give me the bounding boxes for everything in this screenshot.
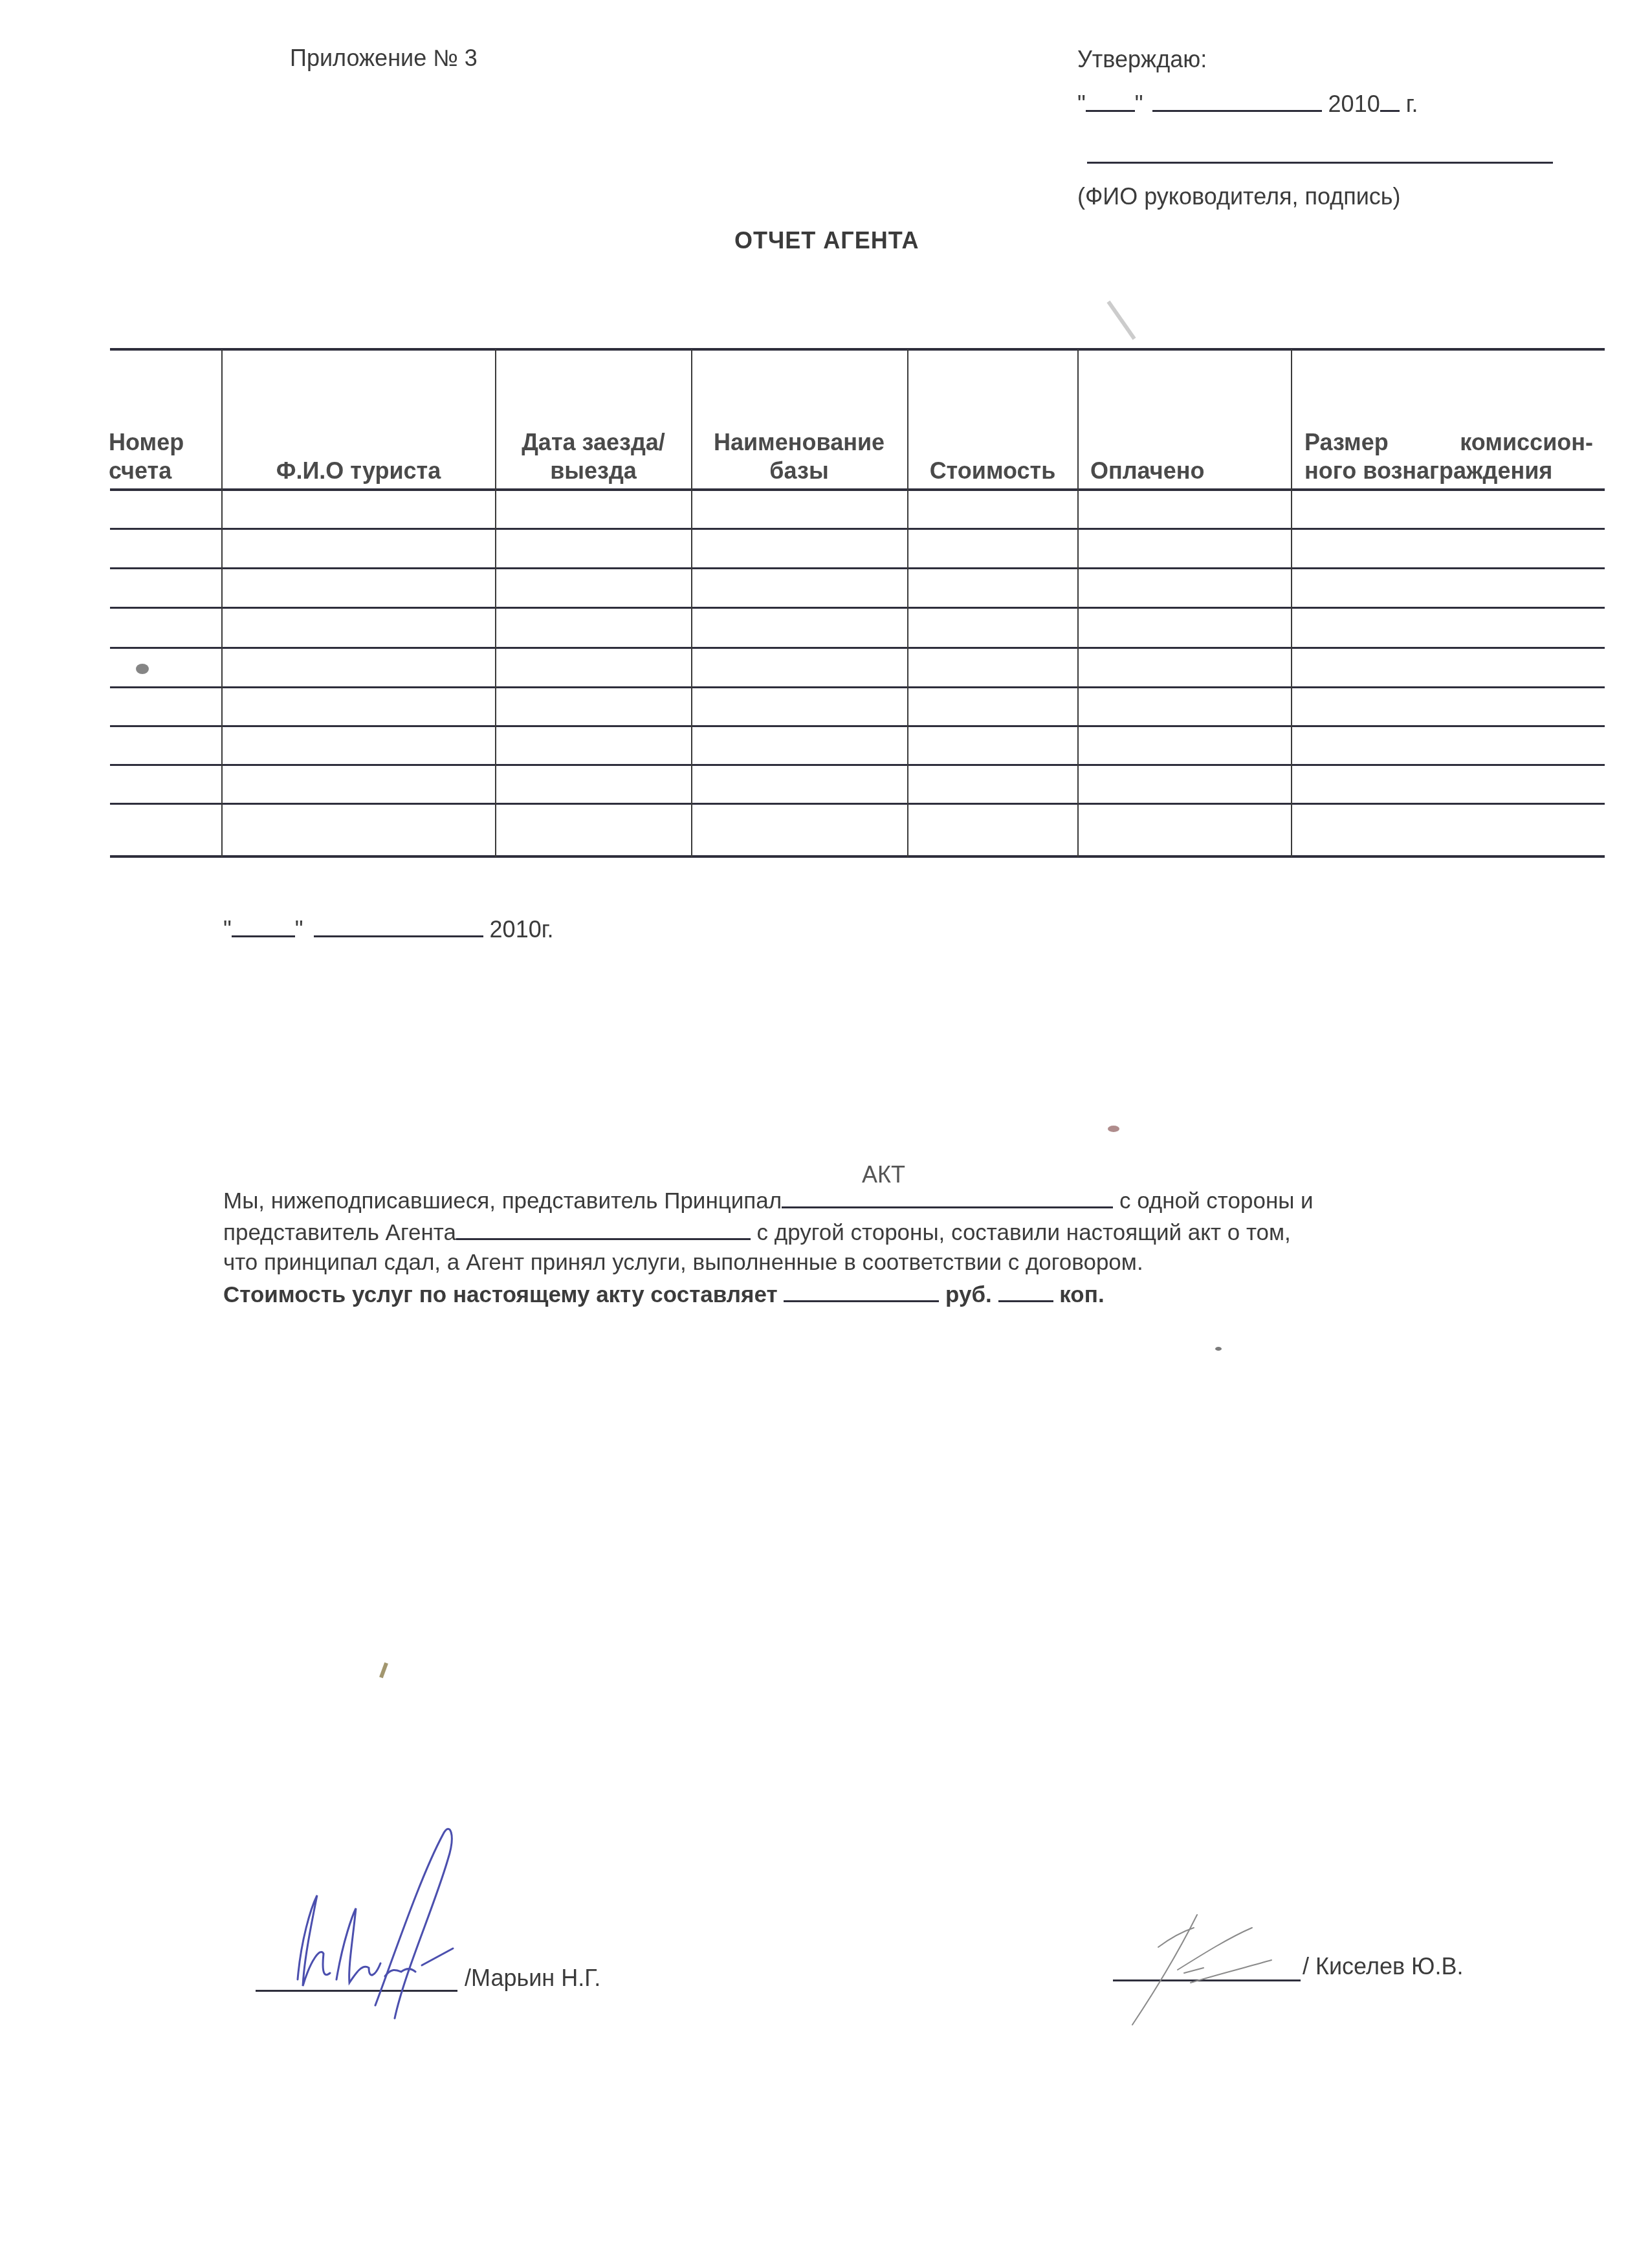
act-line-1: Мы, нижеподписавшиеся, представитель При… bbox=[223, 1187, 1314, 1214]
right-signer-name: / Киселев Ю.В. bbox=[1303, 1954, 1463, 1979]
approve-date-line: "" 2010 г. bbox=[1077, 91, 1418, 117]
year-suffix-field[interactable] bbox=[1380, 91, 1400, 112]
approve-label: Утверждаю: bbox=[1077, 47, 1207, 72]
act-line-4: Стоимость услуг по настоящему акту соста… bbox=[223, 1281, 1105, 1308]
scan-speck bbox=[1215, 1347, 1222, 1351]
header-bottom-rule bbox=[110, 488, 1605, 491]
scan-mark bbox=[379, 1663, 388, 1679]
agent-representative-field[interactable] bbox=[456, 1219, 751, 1240]
quote-close: " bbox=[1135, 91, 1143, 117]
table-body[interactable] bbox=[111, 492, 1603, 854]
quote-open: " bbox=[223, 916, 232, 943]
header-line: ного вознаграждения bbox=[1304, 457, 1593, 485]
text: с другой стороны, составили настоящий ак… bbox=[757, 1220, 1291, 1245]
kopecks-field[interactable] bbox=[998, 1281, 1053, 1302]
col-header-commission: Размер комиссион- ного вознаграждения bbox=[1304, 428, 1593, 485]
year-suffix: г. bbox=[1406, 91, 1418, 117]
text: руб. bbox=[945, 1282, 992, 1307]
scan-mark bbox=[1106, 301, 1136, 340]
col-header-paid: Оплачено bbox=[1090, 457, 1204, 485]
col-header-cost: Стоимость bbox=[908, 457, 1077, 485]
left-signature-icon bbox=[272, 1798, 505, 2031]
col-header-tourist-name: Ф.И.О туриста bbox=[223, 457, 494, 485]
text: с одной стороны и bbox=[1119, 1188, 1314, 1214]
quote-close: " bbox=[295, 916, 303, 943]
act-line-2: представитель Агента с другой стороны, с… bbox=[223, 1219, 1291, 1246]
scan-speck bbox=[1108, 1126, 1119, 1132]
header-line: Дата заезда/ bbox=[496, 428, 690, 457]
table-bottom-rule bbox=[110, 855, 1605, 858]
year-label: 2010г. bbox=[490, 916, 554, 943]
header-line: счета bbox=[109, 457, 184, 485]
text: коп. bbox=[1059, 1282, 1104, 1307]
header-line: базы bbox=[692, 457, 906, 485]
header-line: Наименование bbox=[692, 428, 906, 457]
col-header-invoice-number: Номер счета bbox=[109, 428, 184, 485]
col-header-base-name: Наименование базы bbox=[692, 428, 906, 485]
text: представитель Агента bbox=[223, 1220, 456, 1245]
approver-signature-line[interactable] bbox=[1087, 162, 1553, 164]
quote-open: " bbox=[1077, 91, 1086, 117]
header-word: Размер bbox=[1304, 428, 1389, 457]
report-title: ОТЧЕТ АГЕНТА bbox=[734, 228, 919, 254]
act-line-3: что принципал сдал, а Агент принял услуг… bbox=[223, 1250, 1143, 1276]
month-field[interactable] bbox=[314, 916, 483, 937]
col-header-dates: Дата заезда/ выезда bbox=[496, 428, 690, 485]
header-line: Размер комиссион- bbox=[1304, 428, 1593, 457]
left-signer-name: /Марьин Н.Г. bbox=[465, 1965, 600, 1991]
appendix-label: Приложение № 3 bbox=[290, 45, 478, 71]
report-date-line: "" 2010г. bbox=[223, 916, 553, 943]
principal-representative-field[interactable] bbox=[782, 1187, 1113, 1208]
header-line: выезда bbox=[496, 457, 690, 485]
act-title: АКТ bbox=[862, 1162, 905, 1188]
header-word: комиссион- bbox=[1460, 428, 1593, 457]
year-label: 2010 bbox=[1328, 91, 1380, 117]
text: Стоимость услуг по настоящему акту соста… bbox=[223, 1282, 778, 1307]
table-top-rule bbox=[110, 348, 1605, 351]
day-field[interactable] bbox=[232, 916, 295, 937]
right-signature-icon bbox=[1119, 1908, 1288, 2031]
month-field[interactable] bbox=[1152, 91, 1322, 112]
rubles-field[interactable] bbox=[784, 1281, 939, 1302]
scan-speck bbox=[136, 664, 149, 674]
approver-caption: (ФИО руководителя, подпись) bbox=[1077, 184, 1401, 210]
text: Мы, нижеподписавшиеся, представитель При… bbox=[223, 1188, 782, 1214]
header-line: Номер bbox=[109, 428, 184, 457]
day-field[interactable] bbox=[1086, 91, 1135, 112]
